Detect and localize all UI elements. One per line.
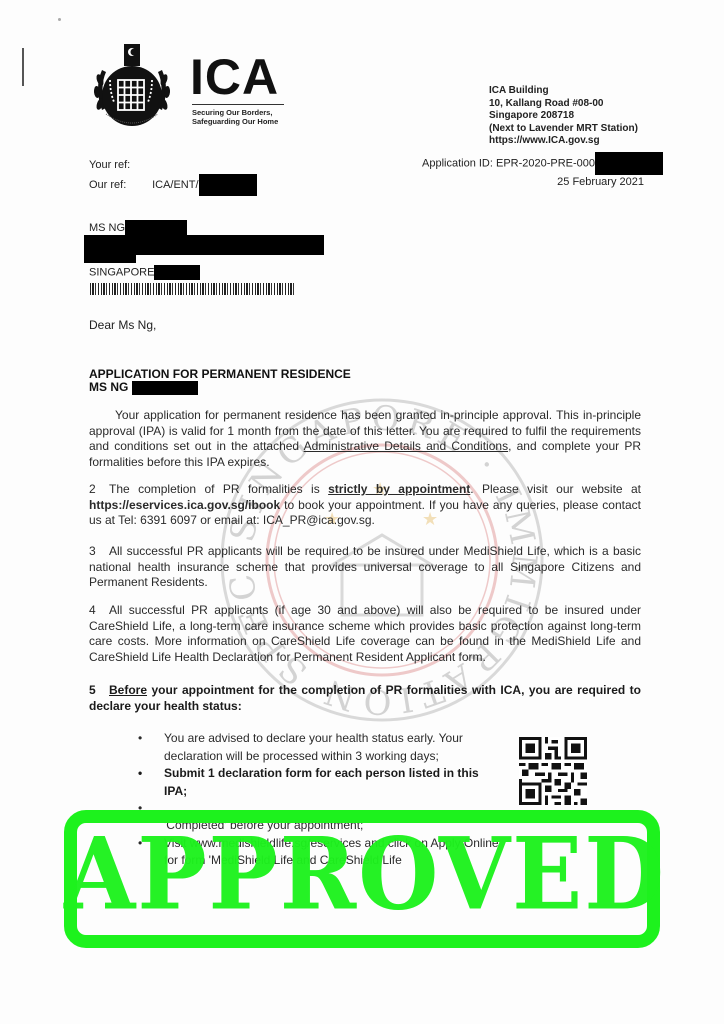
application-id-text: Application ID: EPR-2020-PRE-000 <box>422 157 595 169</box>
tagline-line: Safeguarding Our Home <box>192 117 278 126</box>
list-item: Visit www.medishieldlife.sg/eservices an… <box>138 835 500 870</box>
ica-crest-icon <box>90 40 174 130</box>
address-line: Singapore 208718 <box>489 110 638 123</box>
address-line: 10, Kallang Road #08-00 <box>489 98 638 111</box>
redaction-box <box>132 381 198 395</box>
paragraph-1: Your application for permanent residence… <box>89 408 641 470</box>
paragraph-number: 5 <box>89 683 109 699</box>
redaction-box <box>154 265 200 280</box>
ica-tagline: Securing Our Borders, Safeguarding Our H… <box>192 108 278 126</box>
paragraph-number: 3 <box>89 544 109 560</box>
admin-details-link[interactable]: Administrative Details and Conditions <box>304 439 508 453</box>
redaction-box <box>84 235 324 255</box>
address-line: (Next to Lavender MRT Station) <box>489 123 638 136</box>
list-item: 'Completed' before your appointment; <box>138 817 500 835</box>
list-item: Submit 1 declaration form for each perso… <box>138 765 500 800</box>
paragraph-2: 2The completion of PR formalities is str… <box>89 482 641 529</box>
qr-code-icon[interactable] <box>519 737 587 805</box>
paragraph-number: 2 <box>89 482 109 498</box>
subject-name: MS NG <box>89 380 128 394</box>
tagline-rule <box>192 104 284 105</box>
paragraph-text: your appointment for the completion of P… <box>89 683 641 713</box>
ibook-link[interactable]: https://eservices.ica.gov.sg/ibook <box>89 498 280 512</box>
ica-wordmark: ICA <box>190 52 279 102</box>
scan-speck <box>58 18 61 21</box>
paragraph-5: 5Before your appointment for the complet… <box>89 683 641 714</box>
reference-block: Your ref: Our ref: ICA/ENT/ <box>89 156 257 196</box>
paragraph-text: . Please visit our website at <box>470 482 641 496</box>
scan-margin-mark <box>22 48 24 86</box>
paragraph-3: 3All successful PR applicants will be re… <box>89 544 641 591</box>
subject-heading: APPLICATION FOR PERMANENT RESIDENCE MS N… <box>89 368 351 395</box>
letter-page: ICA Securing Our Borders, Safeguarding O… <box>0 0 724 1024</box>
health-declaration-list: You are advised to declare your health s… <box>138 730 500 870</box>
paragraph-text: All successful PR applicants (if age 30 … <box>89 603 641 664</box>
recipient-address: MS NG SINGAPORE <box>89 220 200 280</box>
redaction-box <box>84 253 136 263</box>
recipient-name: MS NG <box>89 222 125 234</box>
paragraph-text: All successful PR applicants will be req… <box>89 544 641 589</box>
redaction-box <box>199 174 257 196</box>
list-item <box>138 800 500 817</box>
appointment-emphasis: strictly by appointment <box>328 482 470 496</box>
postal-barcode <box>90 283 294 295</box>
tagline-line: Securing Our Borders, <box>192 108 278 117</box>
letter-date: 25 February 2021 <box>557 176 644 188</box>
before-emphasis: Before <box>109 683 147 697</box>
our-ref-value: ICA/ENT/ <box>152 179 198 191</box>
list-item: You are advised to declare your health s… <box>138 730 500 765</box>
subject-title: APPLICATION FOR PERMANENT RESIDENCE <box>89 368 351 381</box>
your-ref-label: Your ref: <box>89 156 149 174</box>
paragraph-text: The completion of PR formalities is <box>109 482 328 496</box>
salutation: Dear Ms Ng, <box>89 318 156 332</box>
redaction-box <box>595 152 663 175</box>
ica-address-block: ICA Building 10, Kallang Road #08-00 Sin… <box>489 85 638 148</box>
paragraph-4: 4All successful PR applicants (if age 30… <box>89 603 641 665</box>
application-id: Application ID: EPR-2020-PRE-000 <box>422 152 663 175</box>
our-ref-label: Our ref: <box>89 176 149 194</box>
ica-website-link[interactable]: https://www.ICA.gov.sg <box>489 135 638 148</box>
paragraph-number: 4 <box>89 603 109 619</box>
ica-logo: ICA Securing Our Borders, Safeguarding O… <box>88 38 288 133</box>
address-line: ICA Building <box>489 85 638 98</box>
recipient-city: SINGAPORE <box>89 266 154 278</box>
redaction-box <box>125 220 187 236</box>
